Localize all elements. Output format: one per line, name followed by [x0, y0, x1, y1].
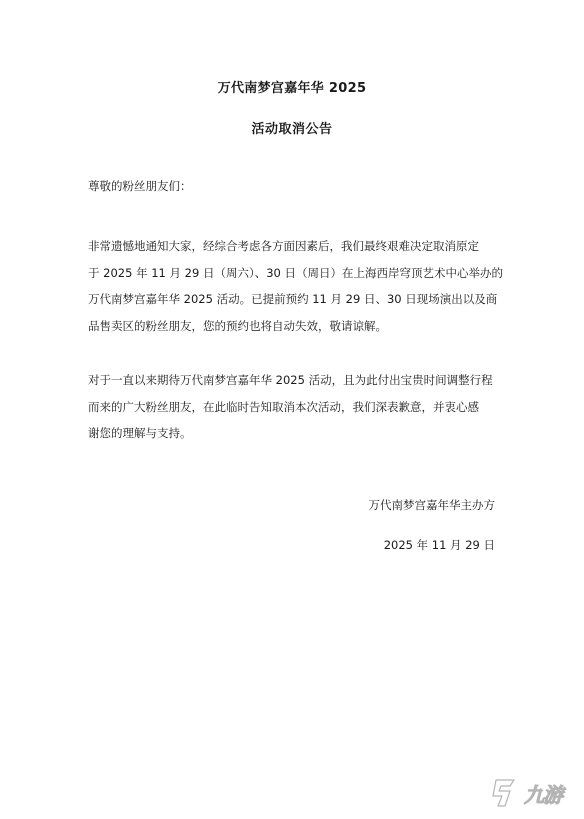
document-title: 万代南梦宫嘉年华 2025	[0, 77, 584, 96]
paragraph-1: 非常遗憾地通知大家，经综合考虑各方面因素后，我们最终艰难决定取消原定 于 202…	[88, 233, 508, 339]
watermark-text: 九游	[524, 779, 562, 808]
watermark: 九游	[490, 775, 578, 811]
document-date: 2025 年 11 月 29 日	[384, 537, 495, 553]
paragraph-line: 谢您的理解与支持。	[88, 420, 508, 447]
paragraph-line: 万代南梦宫嘉年华 2025 活动。已提前预约 11 月 29 日、30 日现场演…	[88, 286, 508, 313]
paragraph-line: 于 2025 年 11 月 29 日（周六）、30 日（周日）在上海西岸穹顶艺术…	[88, 260, 508, 287]
jiuyou-logo-icon	[490, 777, 520, 809]
announcement-document: 万代南梦宫嘉年华 2025 活动取消公告 尊敬的粉丝朋友们： 非常遗憾地通知大家…	[0, 0, 584, 819]
signature: 万代南梦宫嘉年华主办方	[369, 497, 496, 513]
greeting: 尊敬的粉丝朋友们：	[88, 178, 192, 194]
paragraph-line: 而来的广大粉丝朋友，在此临时告知取消本次活动，我们深表歉意，并衷心感	[88, 394, 508, 421]
paragraph-2: 对于一直以来期待万代南梦宫嘉年华 2025 活动，且为此付出宝贵时间调整行程 而…	[88, 367, 508, 447]
document-subtitle: 活动取消公告	[0, 118, 584, 137]
paragraph-line: 非常遗憾地通知大家，经综合考虑各方面因素后，我们最终艰难决定取消原定	[88, 233, 508, 260]
paragraph-line: 对于一直以来期待万代南梦宫嘉年华 2025 活动，且为此付出宝贵时间调整行程	[88, 367, 508, 394]
paragraph-line: 品售卖区的粉丝朋友，您的预约也将自动失效，敬请谅解。	[88, 313, 508, 340]
